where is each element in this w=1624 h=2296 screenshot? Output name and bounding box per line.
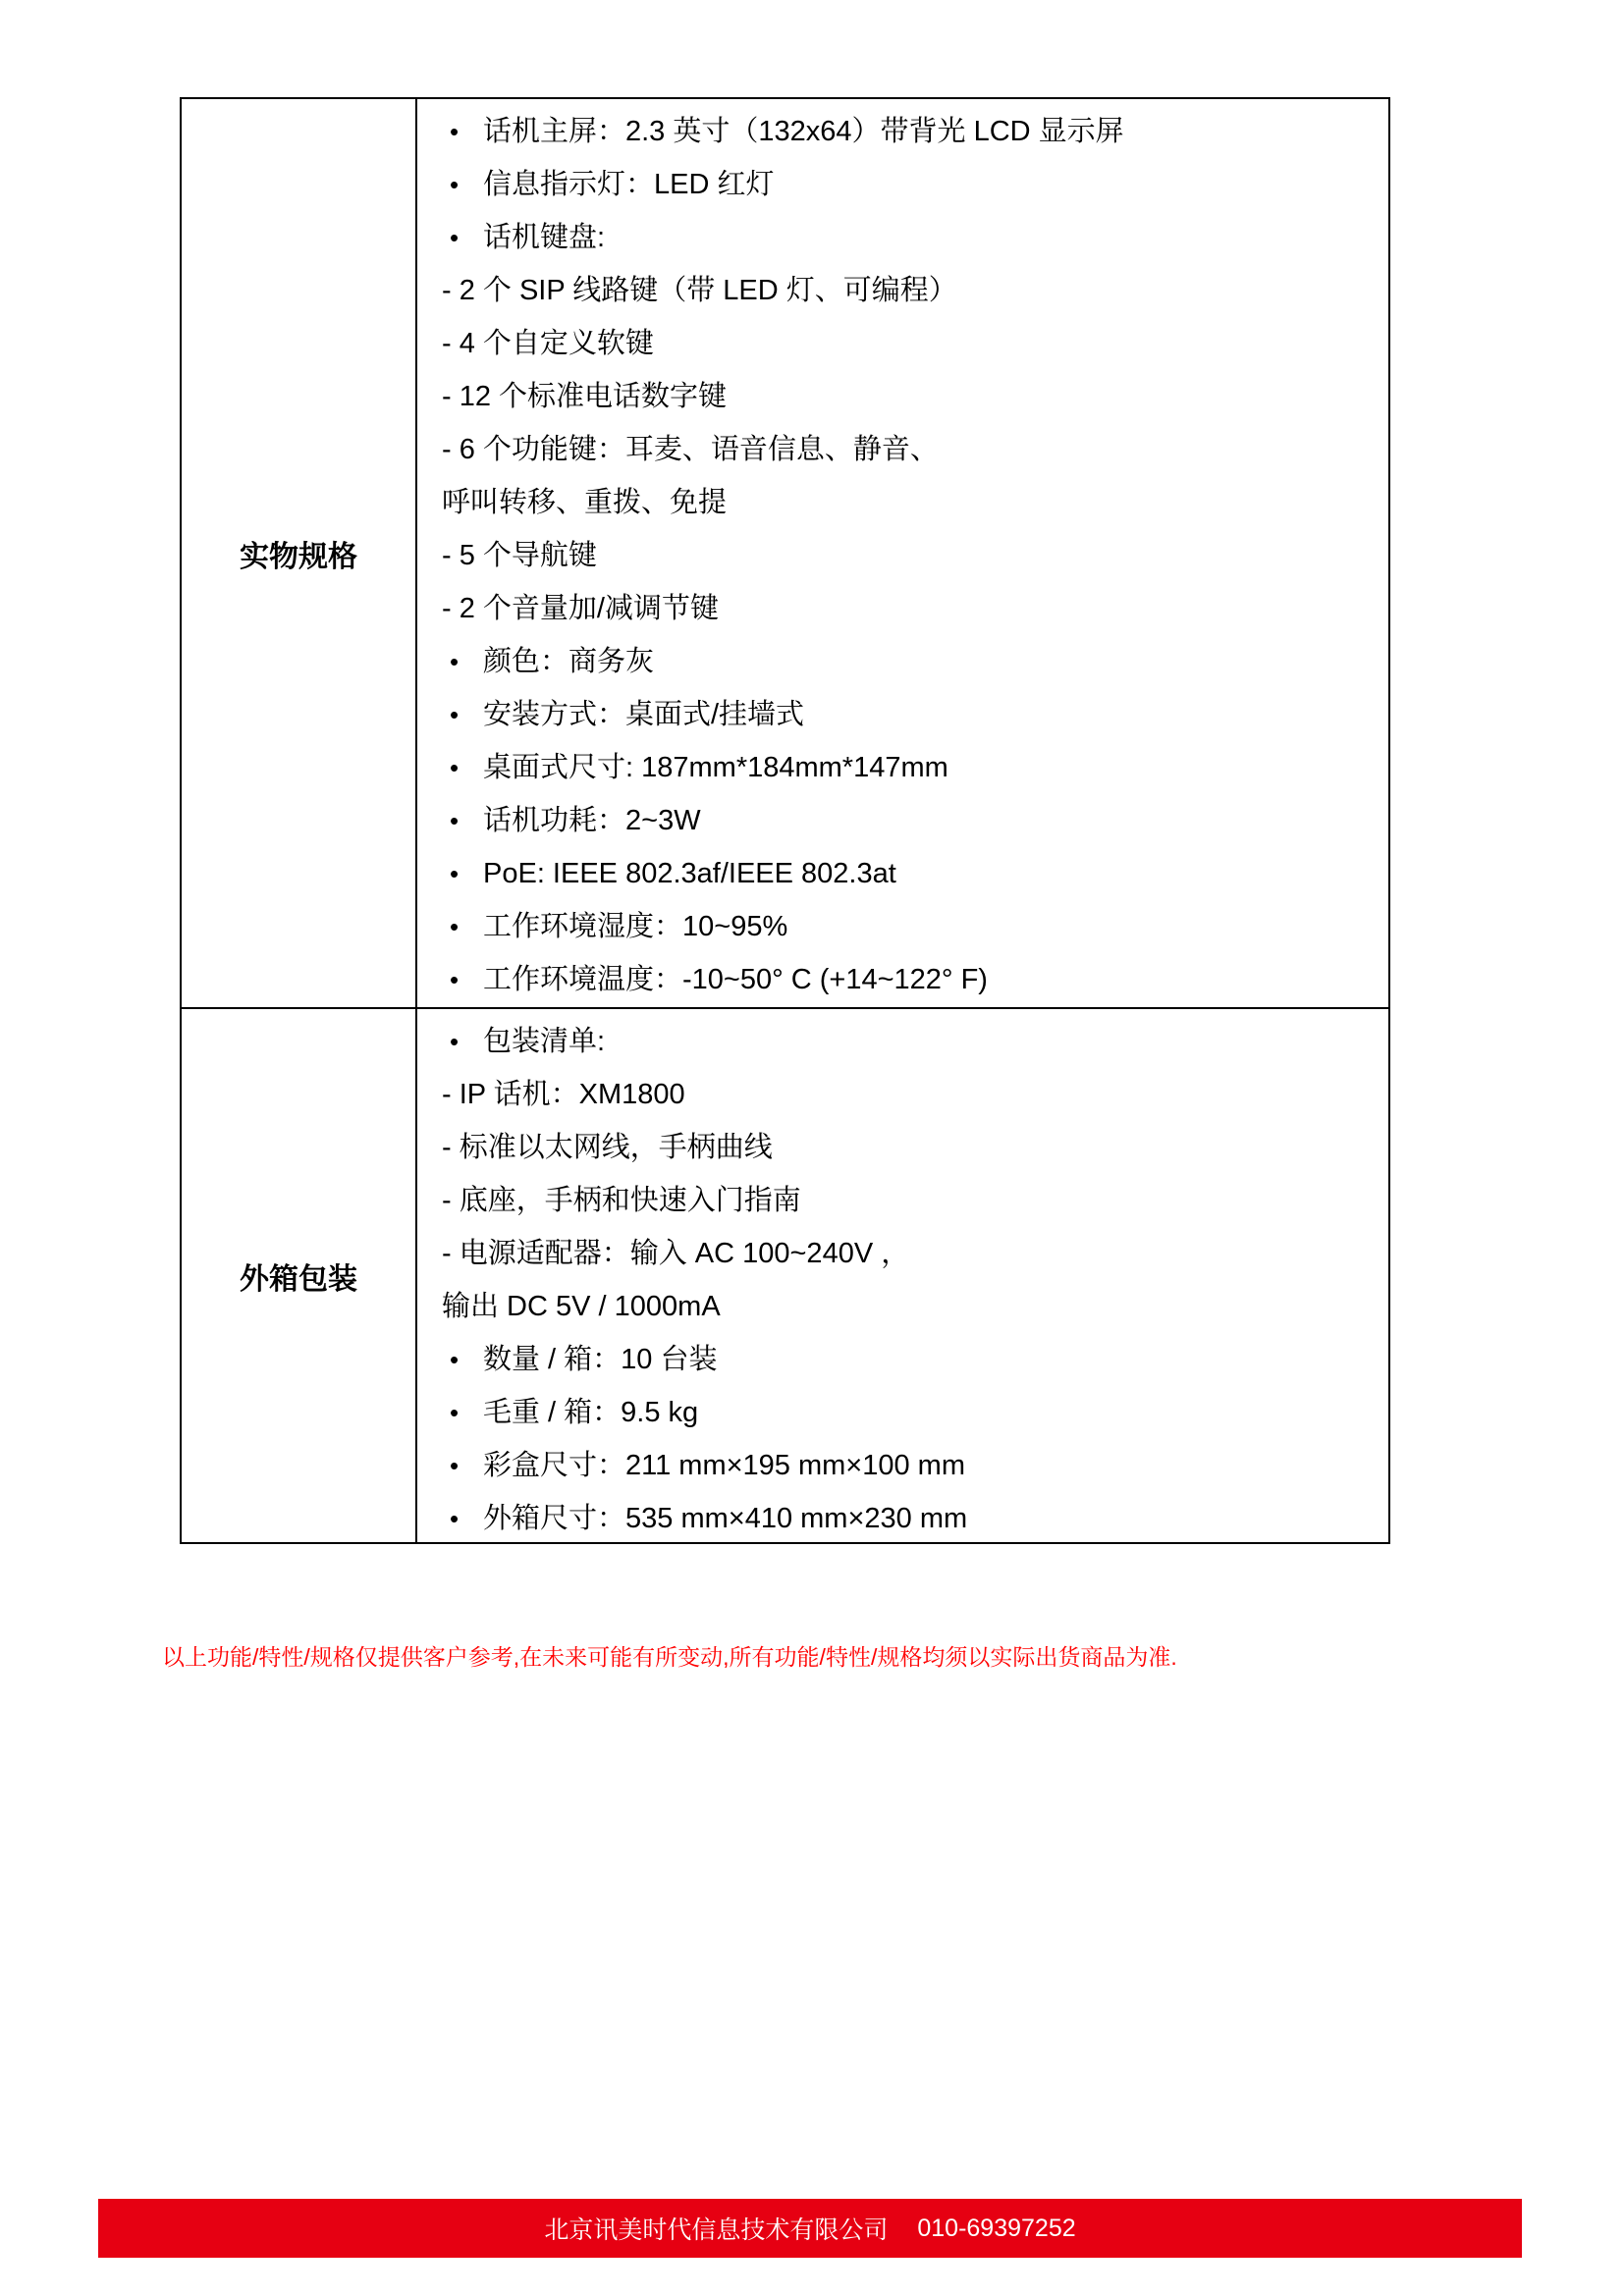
- spec-line: - 4 个自定义软键: [417, 317, 1388, 370]
- table-row-packaging: 外箱包装 包装清单:- IP 话机：XM1800- 标准以太网线，手柄曲线- 底…: [182, 1007, 1388, 1542]
- footer-phone-number: 010-69397252: [917, 2215, 1075, 2243]
- spec-line: 彩盒尺寸：211 mm×195 mm×100 mm: [417, 1439, 1388, 1492]
- packaging-content: 包装清单:- IP 话机：XM1800- 标准以太网线，手柄曲线- 底座，手柄和…: [417, 1009, 1388, 1542]
- spec-line: 毛重 / 箱：9.5 kg: [417, 1386, 1388, 1439]
- spec-line: - 5 个导航键: [417, 529, 1388, 582]
- footer-company-name: 北京讯美时代信息技术有限公司: [544, 2211, 888, 2246]
- spec-line: PoE: IEEE 802.3af/IEEE 802.3at: [417, 847, 1388, 900]
- spec-line: - 标准以太网线，手柄曲线: [417, 1121, 1388, 1174]
- spec-line: 安装方式：桌面式/挂墙式: [417, 688, 1388, 741]
- table-row-physical-specs: 实物规格 话机主屏：2.3 英寸（132x64）带背光 LCD 显示屏信息指示灯…: [182, 99, 1388, 1007]
- spec-line: - 12 个标准电话数字键: [417, 370, 1388, 423]
- spec-line: - 2 个 SIP 线路键（带 LED 灯、可编程）: [417, 264, 1388, 317]
- physical-specs-content: 话机主屏：2.3 英寸（132x64）带背光 LCD 显示屏信息指示灯：LED …: [417, 99, 1388, 1007]
- spec-line: 输出 DC 5V / 1000mA: [417, 1280, 1388, 1333]
- row-label-packaging: 外箱包装: [182, 1009, 417, 1542]
- footer-bar: 北京讯美时代信息技术有限公司 010-69397252: [98, 2199, 1522, 2258]
- spec-line: - 6 个功能键：耳麦、语音信息、静音、: [417, 423, 1388, 476]
- spec-line: 桌面式尺寸: 187mm*184mm*147mm: [417, 741, 1388, 794]
- spec-line: 数量 / 箱：10 台装: [417, 1333, 1388, 1386]
- spec-line: 包装清单:: [417, 1015, 1388, 1068]
- spec-line: - 底座，手柄和快速入门指南: [417, 1174, 1388, 1227]
- document-page: 实物规格 话机主屏：2.3 英寸（132x64）带背光 LCD 显示屏信息指示灯…: [0, 0, 1624, 2296]
- spec-line: 信息指示灯：LED 红灯: [417, 158, 1388, 211]
- spec-line: 工作环境湿度：10~95%: [417, 900, 1388, 953]
- spec-line: - 电源适配器：输入 AC 100~240V ，: [417, 1227, 1388, 1280]
- spec-line: - 2 个音量加/减调节键: [417, 582, 1388, 635]
- spec-line: 工作环境温度：-10~50° C (+14~122° F): [417, 953, 1388, 1006]
- spec-line: - IP 话机：XM1800: [417, 1068, 1388, 1121]
- spec-line: 话机主屏：2.3 英寸（132x64）带背光 LCD 显示屏: [417, 105, 1388, 158]
- spec-line: 颜色：商务灰: [417, 635, 1388, 688]
- spec-line: 呼叫转移、重拨、免提: [417, 476, 1388, 529]
- spec-line: 话机功耗：2~3W: [417, 794, 1388, 847]
- row-label-physical-specs: 实物规格: [182, 99, 417, 1007]
- spec-line: 外箱尺寸：535 mm×410 mm×230 mm: [417, 1492, 1388, 1542]
- spec-line: 话机键盘:: [417, 211, 1388, 264]
- spec-table: 实物规格 话机主屏：2.3 英寸（132x64）带背光 LCD 显示屏信息指示灯…: [180, 97, 1390, 1544]
- disclaimer-text: 以上功能/特性/规格仅提供客户参考,在未来可能有所变动,所有功能/特性/规格均须…: [162, 1639, 1177, 1672]
